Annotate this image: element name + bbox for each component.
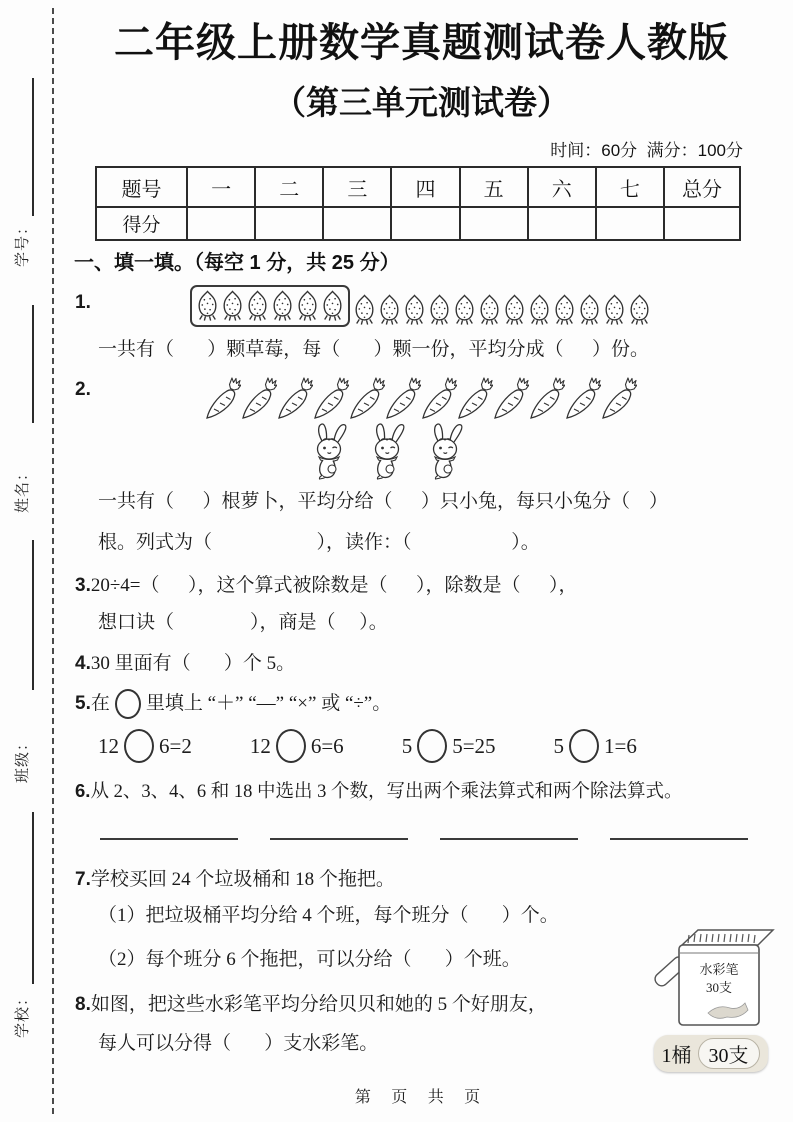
score-header-cell: 七	[596, 167, 664, 207]
page-footer: 第 页 共 页	[70, 1084, 773, 1107]
score-cell[interactable]	[596, 207, 664, 240]
carrot-icon	[565, 376, 601, 422]
score-table-header-row: 题号 一 二 三 四 五 六 七 总分	[96, 167, 740, 207]
score-cell[interactable]	[323, 207, 391, 240]
carrot-icon	[457, 376, 493, 422]
question-1: 1.	[70, 277, 773, 364]
strawberry-icon	[427, 293, 452, 327]
score-table: 题号 一 二 三 四 五 六 七 总分 得分	[95, 166, 741, 241]
equation-left: 5	[554, 734, 565, 759]
strawberry-icon	[352, 293, 377, 327]
carrot-icon	[493, 376, 529, 422]
question-5-intro-before: 在	[91, 690, 110, 718]
question-6-answer-lines	[100, 838, 773, 840]
strawberry-icon	[502, 293, 527, 327]
score-row-label: 得分	[96, 207, 187, 240]
equation-left: 5	[402, 734, 413, 759]
strawberry-icon	[552, 293, 577, 327]
strawberry-icon	[602, 293, 627, 327]
carrot-icon	[529, 376, 565, 422]
score-cell[interactable]	[391, 207, 459, 240]
question-2-text-line2: 根。列式为（ ），读作：（ ）。	[70, 529, 773, 557]
score-cell[interactable]	[664, 207, 740, 240]
question-4-text: 30 里面有（ ）个 5。	[91, 653, 295, 674]
score-header-cell: 二	[255, 167, 323, 207]
question-6-number: 6.	[75, 780, 90, 801]
student-id-label: 学号：	[12, 206, 34, 280]
page-subtitle: （第三单元测试卷）	[70, 81, 773, 125]
question-3: 3.20÷4=（ ），这个算式被除数是（ ），除数是（ ）， 想口诀（ ），商是…	[70, 572, 773, 637]
question-3-text-line1: 20÷4=（ ），这个算式被除数是（ ），除数是（ ），	[91, 575, 578, 596]
student-id-fill-line[interactable]	[32, 78, 34, 216]
blank-circle-icon	[115, 689, 141, 719]
carrot-icon	[313, 376, 349, 422]
score-cell[interactable]	[187, 207, 255, 240]
page-title: 二年级上册数学真题测试卷人教版	[70, 18, 773, 68]
equation-left: 12	[250, 734, 271, 759]
question-5-number: 5.	[75, 690, 91, 718]
caption-pen-count: 30支	[698, 1038, 760, 1069]
caption-bucket-count: 1桶	[662, 1039, 692, 1068]
strawberry-row	[190, 285, 652, 327]
rabbit-icon	[421, 422, 469, 480]
name-fill-line[interactable]	[32, 305, 34, 423]
strawberry-icon	[270, 289, 295, 323]
question-3-number: 3.	[75, 575, 91, 596]
question-4: 4.30 里面有（ ）个 5。	[70, 650, 773, 678]
carrot-icon	[205, 376, 241, 422]
question-8-text-line2: 每人可以分得（ ）支水彩笔。	[70, 1030, 645, 1058]
answer-line[interactable]	[270, 838, 408, 840]
pen-bucket-image: 水彩笔 30支	[642, 921, 780, 1033]
rabbit-row	[305, 422, 637, 480]
section-1-heading: 一、填一填。（每空 1 分，共 25 分）	[74, 250, 773, 277]
question-2-text-line1: 一共有（ ）根萝卜，平均分给（ ）只小兔，每只小兔分（ ）	[70, 488, 773, 516]
score-header-cell: 一	[187, 167, 255, 207]
class-fill-line[interactable]	[32, 540, 34, 690]
answer-line[interactable]	[610, 838, 748, 840]
strawberry-icon	[295, 289, 320, 323]
answer-line[interactable]	[100, 838, 238, 840]
score-header-cell: 四	[391, 167, 459, 207]
question-4-number: 4.	[75, 653, 91, 674]
question-6-text: 从 2、3、4、6 和 18 中选出 3 个数，写出两个乘法算式和两个除法算式。	[90, 782, 682, 802]
exam-meta: 时间：60分 满分：100分	[70, 140, 773, 162]
question-1-number: 1.	[70, 289, 94, 327]
score-header-cell: 总分	[664, 167, 740, 207]
pen-bucket-figure: 水彩笔 30支 1桶 30支	[638, 921, 783, 1072]
class-label: 班级：	[12, 722, 34, 796]
equation-left: 12	[98, 734, 119, 759]
answer-line[interactable]	[440, 838, 578, 840]
equation-2: 126=6	[250, 729, 344, 763]
equation-right: 1=6	[604, 734, 637, 759]
blank-circle-icon[interactable]	[569, 729, 599, 763]
bucket-label-line2: 30支	[705, 980, 731, 995]
carrot-icon	[601, 376, 637, 422]
score-cell[interactable]	[255, 207, 323, 240]
score-table-score-row: 得分	[96, 207, 740, 240]
equation-3: 55=25	[402, 729, 496, 763]
seal-dashed-line	[52, 8, 54, 1114]
equation-right: 6=2	[159, 734, 192, 759]
question-1-text: 一共有（ ）颗草莓，每（ ）颗一份，平均分成（ ）份。	[70, 336, 773, 364]
strawberry-icon	[527, 293, 552, 327]
equation-4: 51=6	[554, 729, 637, 763]
question-5-equations: 126=2 126=6 55=25 51=6	[98, 729, 773, 763]
pen-bucket-caption: 1桶 30支	[654, 1035, 768, 1072]
strawberry-icon	[320, 289, 345, 323]
blank-circle-icon[interactable]	[124, 729, 154, 763]
score-header-cell: 题号	[96, 167, 187, 207]
question-8-text-line1: 如图，把这些水彩笔平均分给贝贝和她的 5 个好朋友，	[91, 994, 547, 1015]
name-label: 姓名：	[12, 452, 34, 526]
rabbit-icon	[363, 422, 411, 480]
strawberry-icon	[245, 289, 270, 323]
strawberry-icon	[477, 293, 502, 327]
strawberry-loose-group	[350, 289, 652, 327]
score-header-cell: 三	[323, 167, 391, 207]
question-2-number: 2.	[70, 376, 120, 480]
strawberry-icon	[627, 293, 652, 327]
question-8: 8.如图，把这些水彩笔平均分给贝贝和她的 5 个好朋友， 每人可以分得（ ）支水…	[70, 991, 773, 1058]
blank-circle-icon[interactable]	[417, 729, 447, 763]
score-header-cell: 五	[460, 167, 528, 207]
question-3-text-line2: 想口诀（ ），商是（ ）。	[70, 609, 773, 637]
equation-right: 6=6	[311, 734, 344, 759]
carrot-icon	[385, 376, 421, 422]
question-5-intro-after: 里填上 “＋” “—” “×” 或 “÷”。	[146, 690, 391, 718]
strawberry-icon	[195, 289, 220, 323]
exam-page: 二年级上册数学真题测试卷人教版 （第三单元测试卷） 时间：60分 满分：100分…	[70, 0, 773, 1107]
score-cell[interactable]	[460, 207, 528, 240]
strawberry-icon	[220, 289, 245, 323]
school-fill-line[interactable]	[32, 812, 34, 984]
score-header-cell: 六	[528, 167, 596, 207]
strawberry-icon	[577, 293, 602, 327]
question-6: 6.从 2、3、4、6 和 18 中选出 3 个数，写出两个乘法算式和两个除法算…	[70, 777, 773, 840]
score-cell[interactable]	[528, 207, 596, 240]
strawberry-icon	[377, 293, 402, 327]
question-5: 5. 在 里填上 “＋” “—” “×” 或 “÷”。 126=2 126=6 …	[70, 689, 773, 763]
bucket-label-line1: 水彩笔	[699, 962, 738, 977]
equation-right: 5=25	[452, 734, 495, 759]
question-7-text: 学校买回 24 个垃圾桶和 18 个拖把。	[91, 869, 395, 890]
carrot-icon	[421, 376, 457, 422]
question-7-number: 7.	[75, 869, 91, 890]
carrot-icon	[241, 376, 277, 422]
carrot-icon	[349, 376, 385, 422]
question-8-number: 8.	[75, 994, 91, 1015]
carrot-icon	[277, 376, 313, 422]
rabbit-icon	[305, 422, 353, 480]
equation-1: 126=2	[98, 729, 192, 763]
strawberry-icon	[452, 293, 477, 327]
strawberry-icon	[402, 293, 427, 327]
carrot-row	[205, 376, 637, 422]
question-2: 2.	[70, 376, 773, 557]
school-label: 学校：	[12, 977, 34, 1051]
strawberry-group-box	[190, 285, 350, 327]
blank-circle-icon[interactable]	[276, 729, 306, 763]
